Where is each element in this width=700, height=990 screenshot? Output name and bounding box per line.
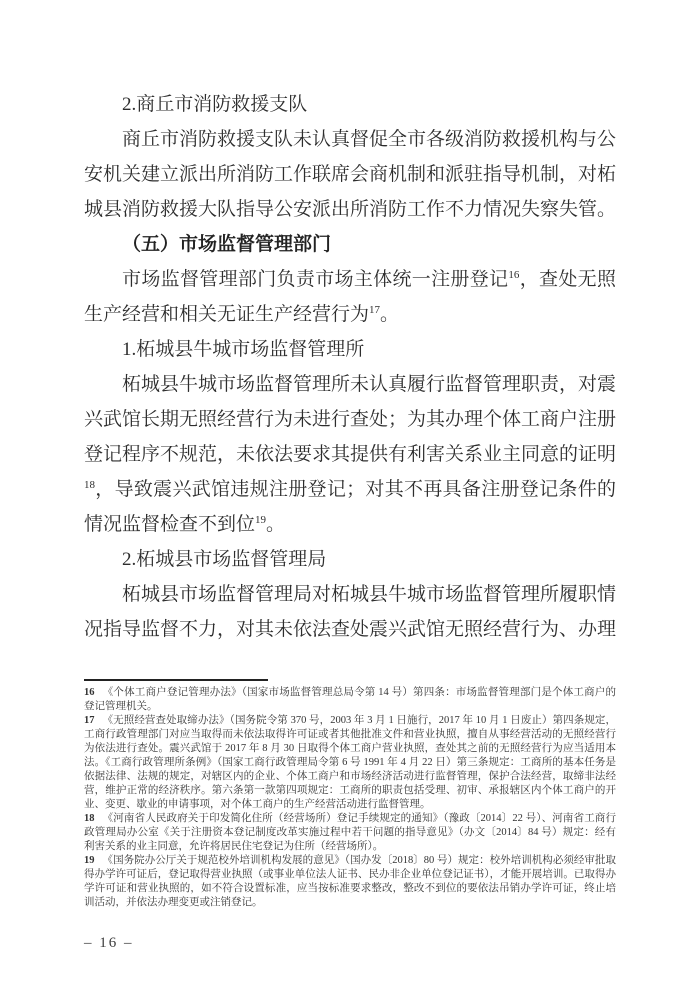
footnote-number: 18 (84, 812, 95, 826)
footnote-19: 19《国务院办公厅关于规范校外培训机构发展的意见》（国办发〔2018〕80 号）… (84, 854, 616, 910)
item-title: 2.柘城县市场监督管理局 (84, 542, 616, 577)
footnote-text: 《国务院办公厅关于规范校外培训机构发展的意见》（国办发〔2018〕80 号）规定… (84, 855, 616, 908)
page-number: – 16 – (84, 935, 616, 952)
body-paragraph: 商丘市消防救援支队未认真督促全市各级消防救援机构与公安机关建立派出所消防工作联席… (84, 122, 616, 227)
footnote-16: 16《个体工商户登记管理办法》（国家市场监督管理总局令第 14 号）第四条：市场… (84, 686, 616, 714)
footnote-text: 《个体工商户登记管理办法》（国家市场监督管理总局令第 14 号）第四条：市场监督… (84, 687, 616, 712)
footnote-17: 17《无照经营查处取缔办法》（国务院令第 370 号，2003 年 3 月 1 … (84, 714, 616, 812)
item-title: 1.柘城县牛城市场监督管理所 (84, 332, 616, 367)
footnote-number: 16 (84, 686, 95, 700)
item-title: 2.商丘市消防救援支队 (84, 87, 616, 122)
footnote-text: 《河南省人民政府关于印发简化住所（经营场所）登记手续规定的通知》（豫政〔2014… (84, 813, 616, 852)
footnote-ref: 18 (84, 479, 95, 491)
footnote-separator (84, 679, 268, 681)
footnotes: 16《个体工商户登记管理办法》（国家市场监督管理总局令第 14 号）第四条：市场… (84, 686, 616, 910)
body-content: 2.商丘市消防救援支队商丘市消防救援支队未认真督促全市各级消防救援机构与公安机关… (84, 87, 616, 647)
footnote-ref: 19 (255, 514, 266, 526)
document-page: 2.商丘市消防救援支队商丘市消防救援支队未认真督促全市各级消防救援机构与公安机关… (0, 0, 700, 990)
body-paragraph: 市场监督管理部门负责市场主体统一注册登记16，查处无照生产经营和相关无证生产经营… (84, 262, 616, 332)
footnote-ref: 17 (369, 304, 380, 316)
footnote-number: 17 (84, 714, 95, 728)
section-heading: （五）市场监督管理部门 (84, 227, 616, 262)
footnote-number: 19 (84, 854, 95, 868)
body-paragraph: 柘城县市场监督管理局对柘城县牛城市场监督管理所履职情况指导监督不力，对其未依法查… (84, 577, 616, 647)
footnote-18: 18《河南省人民政府关于印发简化住所（经营场所）登记手续规定的通知》（豫政〔20… (84, 812, 616, 854)
body-paragraph: 柘城县牛城市场监督管理所未认真履行监督管理职责，对震兴武馆长期无照经营行为未进行… (84, 367, 616, 542)
footnote-text: 《无照经营查处取缔办法》（国务院令第 370 号，2003 年 3 月 1 日施… (84, 715, 616, 810)
footnote-ref: 16 (508, 269, 519, 281)
